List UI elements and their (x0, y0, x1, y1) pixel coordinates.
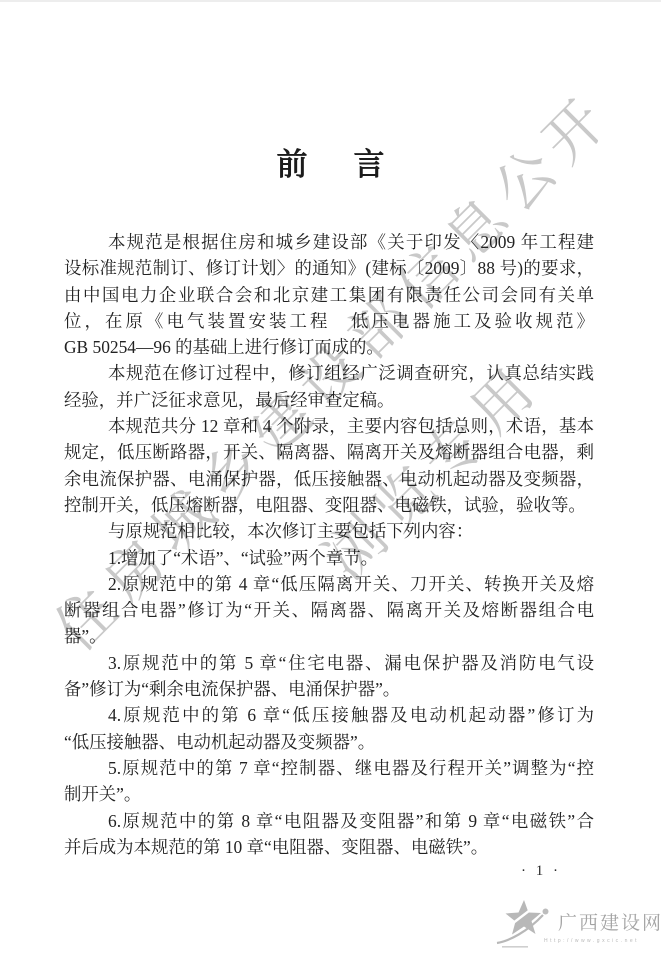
text-line: 本规范共分 12 章和 4 个附录，主要内容包括总则，术语，基本 (64, 413, 594, 439)
text-line: 余电流保护器、电涌保护器，低压接触器、电动机起动器及变频器， (64, 466, 594, 492)
text-line: 并后成为本规范的第 10 章“电阻器、变阻器、电磁铁”。 (64, 834, 594, 860)
gxcic-logo: 广西建设网 Http://www.gxcic.net (494, 896, 658, 954)
scan-edge-artifact (0, 0, 661, 2)
text-line: 备”修订为“剩余电流保护器、电涌保护器”。 (64, 676, 594, 702)
text-line: 断器组合电器”修订为“开关、隔离器、隔离开关及熔断器组合电 (64, 597, 594, 623)
text-line: GB 50254—96 的基础上进行修订而成的。 (64, 334, 594, 360)
text-line: 4.原规范中的第 6 章“低压接触器及电动机起动器”修订为 (64, 702, 594, 728)
logo-tagline: Http://www.gxcic.net (544, 938, 639, 944)
text-line: 6.原规范中的第 8 章“电阻器及变阻器”和第 9 章“电磁铁”合 (64, 808, 594, 834)
text-line: 与原规范相比较，本次修订主要包括下列内容： (64, 518, 594, 544)
page-number: · 1 · (0, 863, 561, 880)
text-line: 3.原规范中的第 5 章“住宅电器、漏电保护器及消防电气设 (64, 650, 594, 676)
text-line: 经验，并广泛征求意见，最后经审查定稿。 (64, 387, 594, 413)
text-line: “低压接触器、电动机起动器及变频器”。 (64, 729, 594, 755)
foreword-body: 本规范是根据住房和城乡建设部《关于印发〈2009 年工程建 设标准规范制订、修订… (64, 229, 594, 860)
text-line: 位，在原《电气装置安装工程 低压电器施工及验收规范》 (64, 308, 594, 334)
title-char-yan: 言 (354, 148, 385, 182)
logo-site-name: 广西建设网 (558, 908, 661, 935)
title-char-qian: 前 (277, 148, 308, 182)
text-line: 规定，低压断路器，开关、隔离器、隔离开关及熔断器组合电器，剩 (64, 439, 594, 465)
text-line: 控制开关，低压熔断器，电阻器、变阻器、电磁铁，试验，验收等。 (64, 492, 594, 518)
text-line: 本规范在修订过程中，修订组经广泛调查研究，认真总结实践 (64, 360, 594, 386)
text-line: 2.原规范中的第 4 章“低压隔离开关、刀开关、转换开关及熔 (64, 571, 594, 597)
text-line: 1.增加了“术语”、“试验”两个章节。 (64, 545, 594, 571)
text-line: 器”。 (64, 623, 594, 649)
text-line: 制开关”。 (64, 781, 594, 807)
text-line: 由中国电力企业联合会和北京建工集团有限责任公司会同有关单 (64, 282, 594, 308)
text-line: 5.原规范中的第 7 章“控制器、继电器及行程开关”调整为“控 (64, 755, 594, 781)
page-title: 前 言 (0, 148, 661, 182)
text-line: 设标准规范制订、修订计划〉的通知》(建标〔2009〕88 号)的要求， (64, 255, 594, 281)
text-line: 本规范是根据住房和城乡建设部《关于印发〈2009 年工程建 (64, 229, 594, 255)
